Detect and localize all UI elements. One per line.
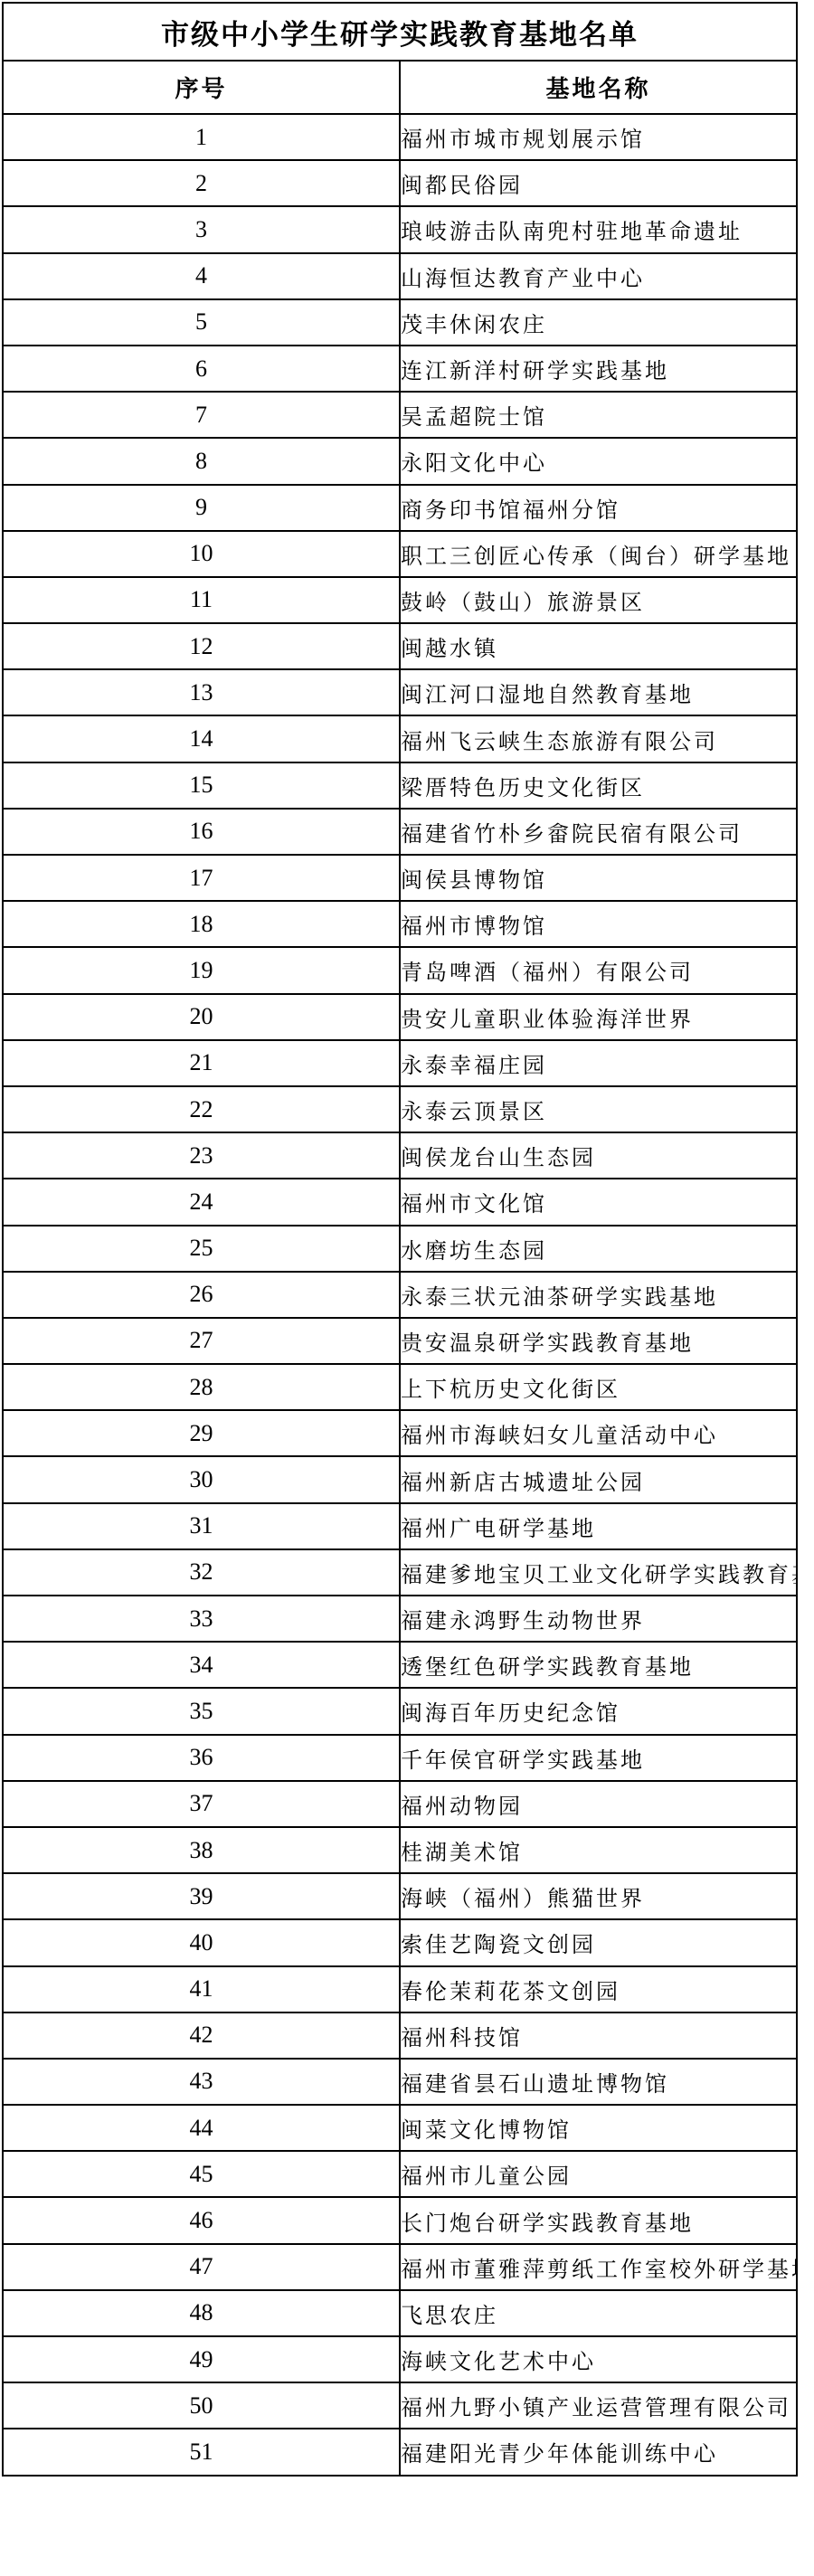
table-row: 6连江新洋村研学实践基地: [3, 346, 797, 392]
row-index: 44: [3, 2105, 400, 2151]
base-name: 福州九野小镇产业运营管理有限公司: [400, 2382, 797, 2429]
table-row: 43福建省昙石山遗址博物馆: [3, 2059, 797, 2105]
base-name: 福州广电研学基地: [400, 1503, 797, 1549]
table-row: 51福建阳光青少年体能训练中心: [3, 2429, 797, 2475]
title-row: 市级中小学生研学实践教育基地名单: [3, 3, 797, 61]
table-row: 36千年侯官研学实践基地: [3, 1735, 797, 1781]
table-row: 47福州市董雅萍剪纸工作室校外研学基地: [3, 2244, 797, 2290]
base-list-table: 市级中小学生研学实践教育基地名单 序号 基地名称 1福州市城市规划展示馆2闽都民…: [2, 2, 798, 2477]
table-row: 35闽海百年历史纪念馆: [3, 1688, 797, 1734]
row-index: 27: [3, 1318, 400, 1364]
row-index: 18: [3, 901, 400, 947]
table-row: 16福建省竹朴乡畲院民宿有限公司: [3, 809, 797, 855]
row-index: 29: [3, 1410, 400, 1456]
table-row: 15梁厝特色历史文化街区: [3, 762, 797, 809]
row-index: 20: [3, 994, 400, 1040]
table-row: 40索佳艺陶瓷文创园: [3, 1919, 797, 1965]
row-index: 35: [3, 1688, 400, 1734]
table-row: 9商务印书馆福州分馆: [3, 485, 797, 531]
base-name: 福州市董雅萍剪纸工作室校外研学基地: [400, 2244, 797, 2290]
base-name: 海峡文化艺术中心: [400, 2336, 797, 2382]
row-index: 46: [3, 2197, 400, 2243]
base-name: 闽侯龙台山生态园: [400, 1132, 797, 1179]
table-row: 37福州动物园: [3, 1781, 797, 1827]
table-row: 41春伦茉莉花茶文创园: [3, 1966, 797, 2012]
row-index: 31: [3, 1503, 400, 1549]
row-index: 34: [3, 1642, 400, 1688]
row-index: 36: [3, 1735, 400, 1781]
row-index: 40: [3, 1919, 400, 1965]
base-name: 福州市文化馆: [400, 1179, 797, 1225]
table-row: 3琅岐游击队南兜村驻地革命遗址: [3, 206, 797, 252]
table-row: 26永泰三状元油茶研学实践基地: [3, 1272, 797, 1318]
table-row: 18福州市博物馆: [3, 901, 797, 947]
base-name: 鼓岭（鼓山）旅游景区: [400, 577, 797, 623]
base-name: 吴孟超院士馆: [400, 392, 797, 438]
table-row: 38桂湖美术馆: [3, 1827, 797, 1873]
base-name: 海峡（福州）熊猫世界: [400, 1873, 797, 1919]
row-index: 13: [3, 669, 400, 715]
base-name: 永泰云顶景区: [400, 1086, 797, 1132]
base-name: 福州动物园: [400, 1781, 797, 1827]
row-index: 26: [3, 1272, 400, 1318]
base-name: 贵安儿童职业体验海洋世界: [400, 994, 797, 1040]
row-index: 39: [3, 1873, 400, 1919]
row-index: 21: [3, 1040, 400, 1086]
table-row: 45福州市儿童公园: [3, 2151, 797, 2197]
row-index: 7: [3, 392, 400, 438]
table-row: 22永泰云顶景区: [3, 1086, 797, 1132]
row-index: 9: [3, 485, 400, 531]
base-name: 索佳艺陶瓷文创园: [400, 1919, 797, 1965]
base-name: 福州市海峡妇女儿童活动中心: [400, 1410, 797, 1456]
row-index: 37: [3, 1781, 400, 1827]
base-name: 福州新店古城遗址公园: [400, 1456, 797, 1502]
row-index: 45: [3, 2151, 400, 2197]
row-index: 51: [3, 2429, 400, 2475]
table-row: 8永阳文化中心: [3, 438, 797, 484]
base-name: 福建省昙石山遗址博物馆: [400, 2059, 797, 2105]
base-name: 永阳文化中心: [400, 438, 797, 484]
table-row: 12闽越水镇: [3, 623, 797, 669]
table-row: 30福州新店古城遗址公园: [3, 1456, 797, 1502]
table-row: 42福州科技馆: [3, 2012, 797, 2059]
base-name: 福建永鸿野生动物世界: [400, 1596, 797, 1642]
base-name: 福建阳光青少年体能训练中心: [400, 2429, 797, 2475]
base-name: 千年侯官研学实践基地: [400, 1735, 797, 1781]
base-name: 永泰三状元油茶研学实践基地: [400, 1272, 797, 1318]
row-index: 5: [3, 299, 400, 346]
row-index: 23: [3, 1132, 400, 1179]
page-title: 市级中小学生研学实践教育基地名单: [3, 3, 797, 61]
row-index: 16: [3, 809, 400, 855]
row-index: 14: [3, 715, 400, 762]
base-name: 福建爹地宝贝工业文化研学实践教育基地: [400, 1549, 797, 1596]
base-name: 青岛啤酒（福州）有限公司: [400, 947, 797, 993]
row-index: 12: [3, 623, 400, 669]
row-index: 15: [3, 762, 400, 809]
base-name: 上下杭历史文化街区: [400, 1364, 797, 1410]
row-index: 43: [3, 2059, 400, 2105]
base-name: 商务印书馆福州分馆: [400, 485, 797, 531]
table-row: 46长门炮台研学实践教育基地: [3, 2197, 797, 2243]
table-row: 32福建爹地宝贝工业文化研学实践教育基地: [3, 1549, 797, 1596]
table-row: 49海峡文化艺术中心: [3, 2336, 797, 2382]
base-name: 职工三创匠心传承（闽台）研学基地: [400, 531, 797, 577]
row-index: 4: [3, 253, 400, 299]
base-name: 闽都民俗园: [400, 160, 797, 206]
table-row: 44闽菜文化博物馆: [3, 2105, 797, 2151]
base-name: 永泰幸福庄园: [400, 1040, 797, 1086]
base-name: 福建省竹朴乡畲院民宿有限公司: [400, 809, 797, 855]
row-index: 10: [3, 531, 400, 577]
table-row: 2闽都民俗园: [3, 160, 797, 206]
row-index: 1: [3, 114, 400, 160]
base-name: 琅岐游击队南兜村驻地革命遗址: [400, 206, 797, 252]
base-name: 透堡红色研学实践教育基地: [400, 1642, 797, 1688]
table-row: 25水磨坊生态园: [3, 1226, 797, 1272]
table-row: 4山海恒达教育产业中心: [3, 253, 797, 299]
table-row: 39海峡（福州）熊猫世界: [3, 1873, 797, 1919]
base-name: 福州科技馆: [400, 2012, 797, 2059]
table-row: 14福州飞云峡生态旅游有限公司: [3, 715, 797, 762]
base-name: 福州市城市规划展示馆: [400, 114, 797, 160]
column-header-index: 序号: [3, 61, 400, 114]
row-index: 2: [3, 160, 400, 206]
row-index: 24: [3, 1179, 400, 1225]
row-index: 30: [3, 1456, 400, 1502]
row-index: 50: [3, 2382, 400, 2429]
base-name: 连江新洋村研学实践基地: [400, 346, 797, 392]
table-row: 31福州广电研学基地: [3, 1503, 797, 1549]
base-name: 闽海百年历史纪念馆: [400, 1688, 797, 1734]
base-name: 福州市博物馆: [400, 901, 797, 947]
table-row: 5茂丰休闲农庄: [3, 299, 797, 346]
base-name: 水磨坊生态园: [400, 1226, 797, 1272]
base-name: 闽江河口湿地自然教育基地: [400, 669, 797, 715]
base-name: 茂丰休闲农庄: [400, 299, 797, 346]
base-name: 福州市儿童公园: [400, 2151, 797, 2197]
row-index: 41: [3, 1966, 400, 2012]
base-name: 山海恒达教育产业中心: [400, 253, 797, 299]
row-index: 32: [3, 1549, 400, 1596]
row-index: 6: [3, 346, 400, 392]
row-index: 38: [3, 1827, 400, 1873]
base-name: 贵安温泉研学实践教育基地: [400, 1318, 797, 1364]
row-index: 19: [3, 947, 400, 993]
document-page: 市级中小学生研学实践教育基地名单 序号 基地名称 1福州市城市规划展示馆2闽都民…: [0, 0, 814, 2576]
table-row: 48飞思农庄: [3, 2290, 797, 2336]
table-row: 34透堡红色研学实践教育基地: [3, 1642, 797, 1688]
base-name: 梁厝特色历史文化街区: [400, 762, 797, 809]
table-row: 20贵安儿童职业体验海洋世界: [3, 994, 797, 1040]
row-index: 17: [3, 855, 400, 901]
row-index: 25: [3, 1226, 400, 1272]
table-body: 1福州市城市规划展示馆2闽都民俗园3琅岐游击队南兜村驻地革命遗址4山海恒达教育产…: [3, 114, 797, 2476]
table-row: 50福州九野小镇产业运营管理有限公司: [3, 2382, 797, 2429]
base-name: 桂湖美术馆: [400, 1827, 797, 1873]
table-row: 21永泰幸福庄园: [3, 1040, 797, 1086]
table-row: 1福州市城市规划展示馆: [3, 114, 797, 160]
row-index: 49: [3, 2336, 400, 2382]
table-row: 33福建永鸿野生动物世界: [3, 1596, 797, 1642]
table-head: 市级中小学生研学实践教育基地名单 序号 基地名称: [3, 3, 797, 114]
row-index: 8: [3, 438, 400, 484]
row-index: 42: [3, 2012, 400, 2059]
table-row: 19青岛啤酒（福州）有限公司: [3, 947, 797, 993]
base-name: 闽侯县博物馆: [400, 855, 797, 901]
row-index: 11: [3, 577, 400, 623]
table-row: 28上下杭历史文化街区: [3, 1364, 797, 1410]
table-row: 24福州市文化馆: [3, 1179, 797, 1225]
table-row: 23闽侯龙台山生态园: [3, 1132, 797, 1179]
table-row: 7吴孟超院士馆: [3, 392, 797, 438]
base-name: 福州飞云峡生态旅游有限公司: [400, 715, 797, 762]
row-index: 33: [3, 1596, 400, 1642]
table-row: 13闽江河口湿地自然教育基地: [3, 669, 797, 715]
base-name: 飞思农庄: [400, 2290, 797, 2336]
table-row: 17闽侯县博物馆: [3, 855, 797, 901]
table-row: 11鼓岭（鼓山）旅游景区: [3, 577, 797, 623]
table-row: 10职工三创匠心传承（闽台）研学基地: [3, 531, 797, 577]
base-name: 长门炮台研学实践教育基地: [400, 2197, 797, 2243]
table-row: 29福州市海峡妇女儿童活动中心: [3, 1410, 797, 1456]
base-name: 春伦茉莉花茶文创园: [400, 1966, 797, 2012]
base-name: 闽菜文化博物馆: [400, 2105, 797, 2151]
table-row: 27贵安温泉研学实践教育基地: [3, 1318, 797, 1364]
row-index: 3: [3, 206, 400, 252]
column-header-name: 基地名称: [400, 61, 797, 114]
row-index: 48: [3, 2290, 400, 2336]
base-name: 闽越水镇: [400, 623, 797, 669]
row-index: 22: [3, 1086, 400, 1132]
row-index: 47: [3, 2244, 400, 2290]
row-index: 28: [3, 1364, 400, 1410]
header-row: 序号 基地名称: [3, 61, 797, 114]
